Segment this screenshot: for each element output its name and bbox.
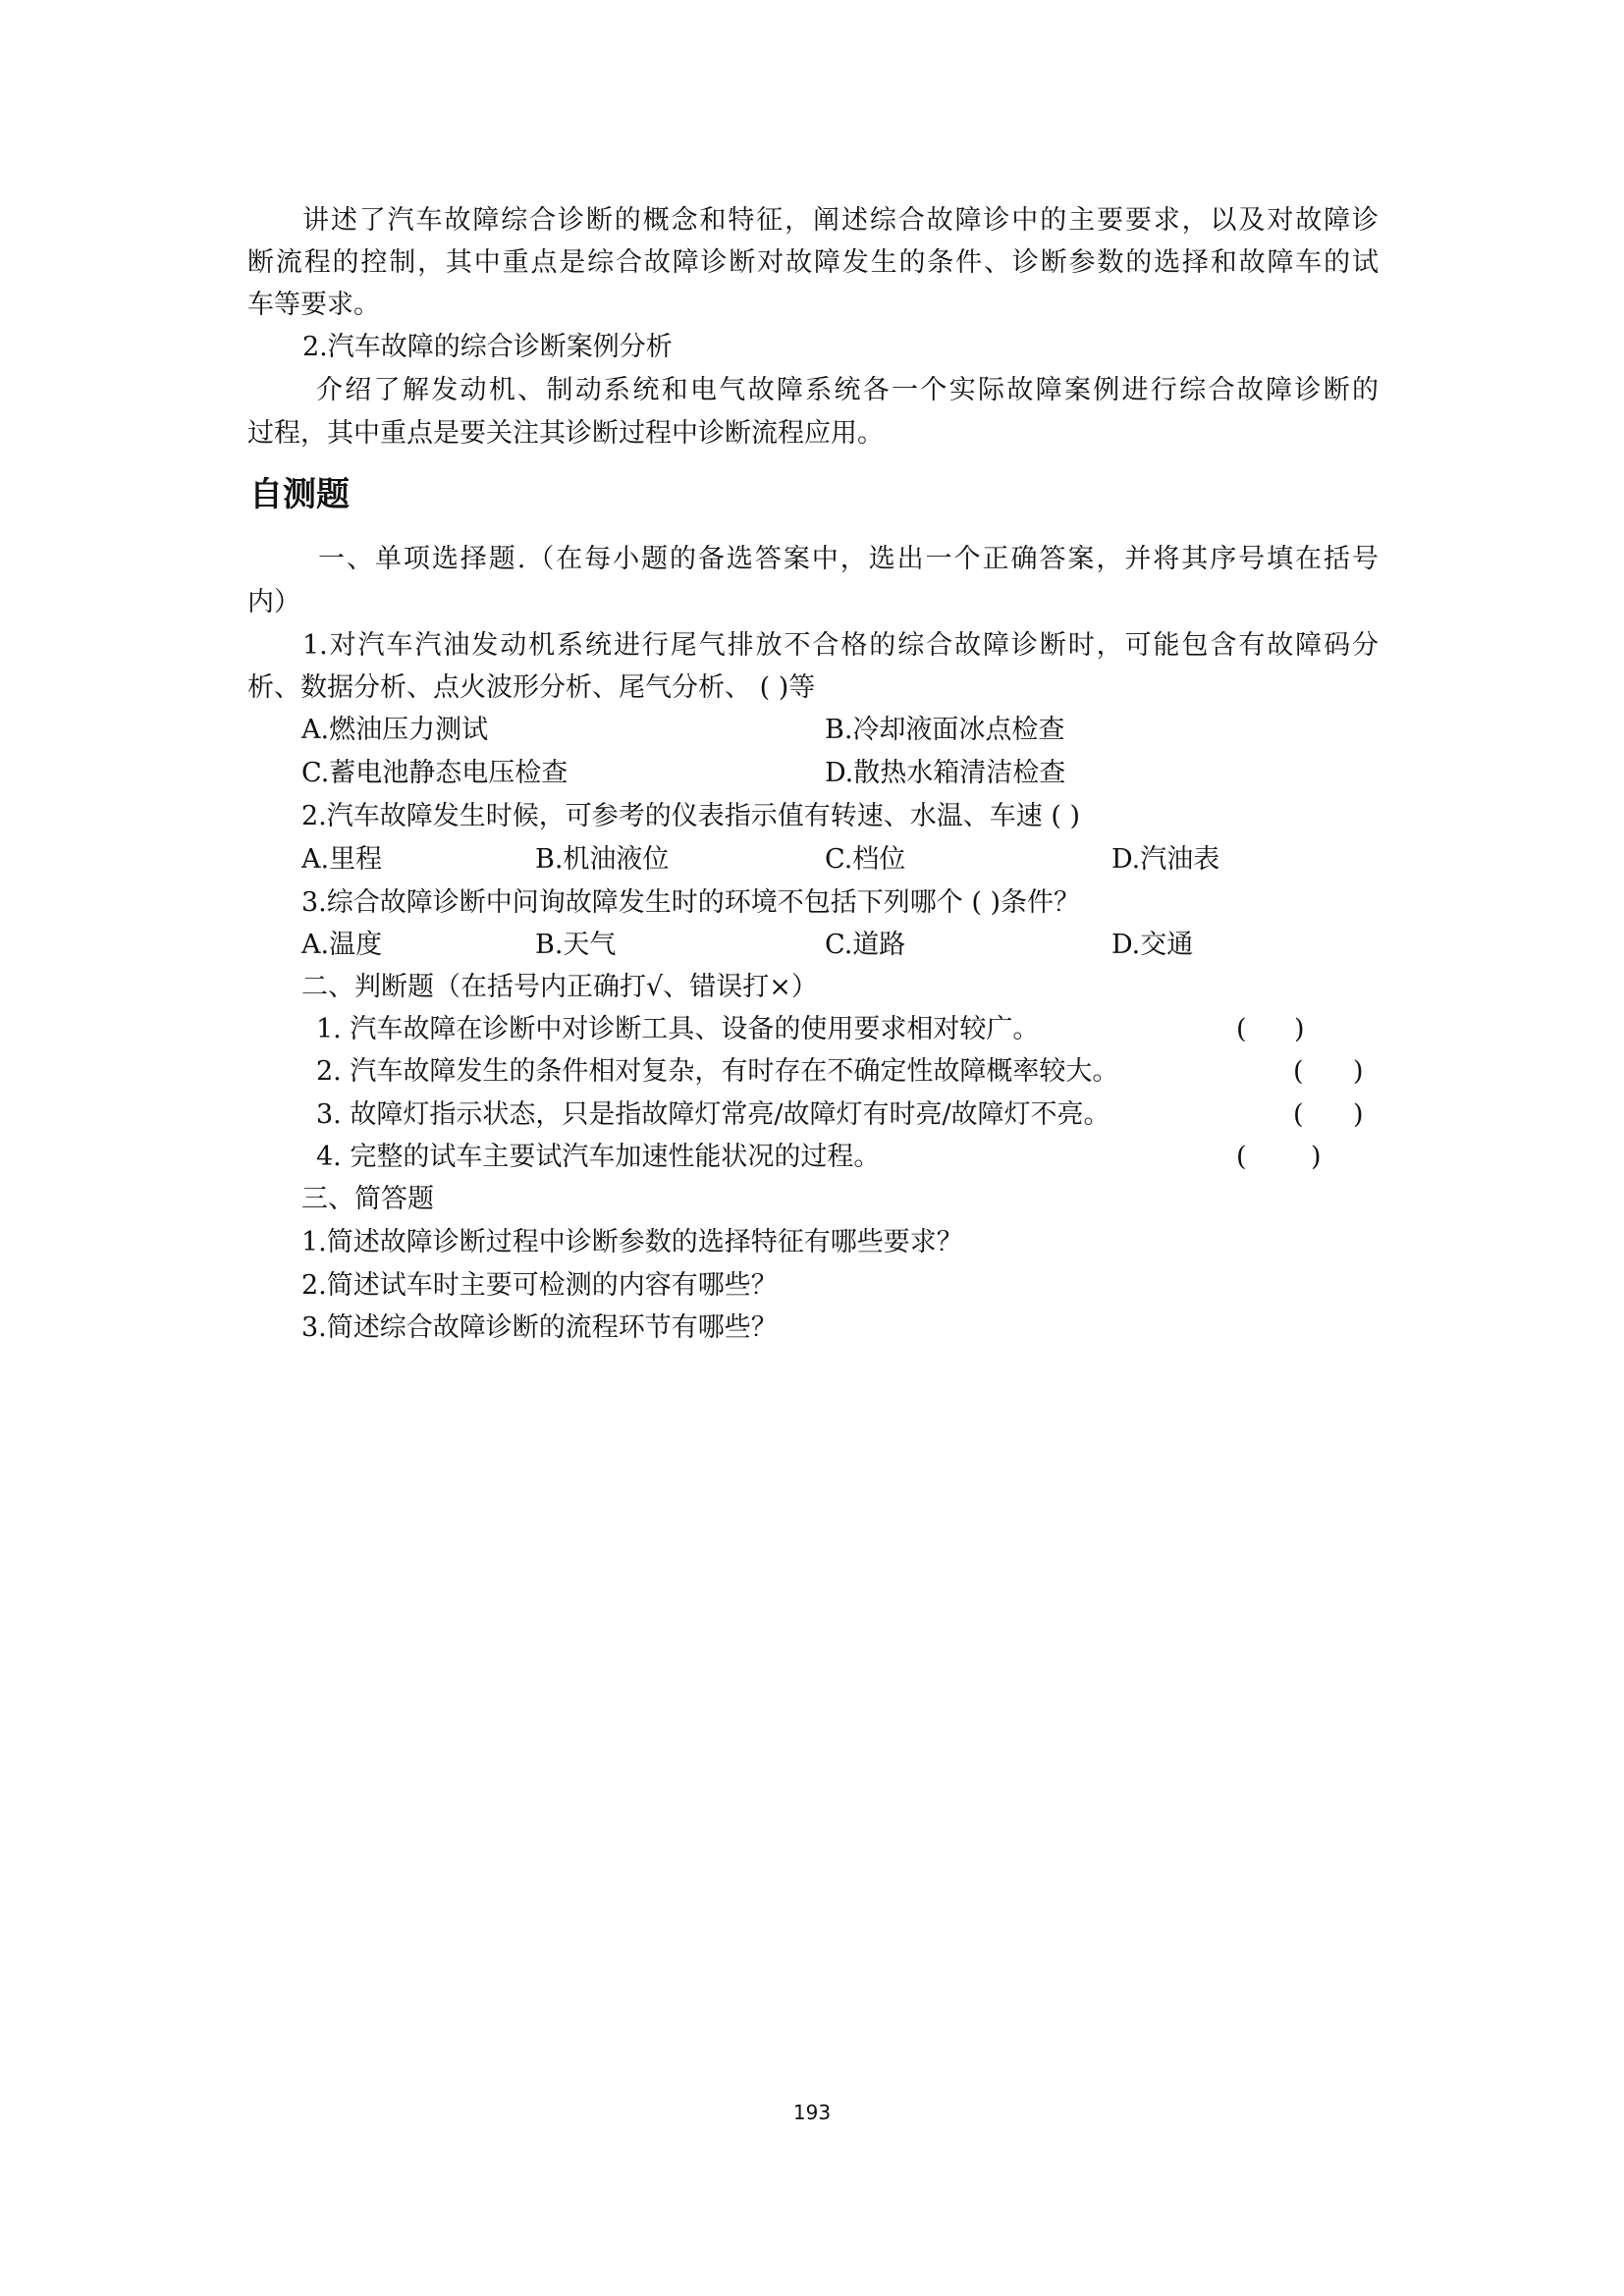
tf-item-2-answer-open: ( <box>1293 1055 1304 1089</box>
mc-question-1-line-1: 1.对汽车汽油发动机系统进行尾气排放不合格的综合故障诊断时，可能包含有故障码分 <box>302 629 1379 663</box>
short-answer-question-1: 1.简述故障诊断过程中诊断参数的选择特征有哪些要求？ <box>301 1226 963 1259</box>
self-test-heading: 自测题 <box>249 475 350 514</box>
mc-question-1-option-b: B.冷却液面冰点检查 <box>825 714 1064 747</box>
tf-item-4-answer-close: ) <box>1311 1141 1322 1174</box>
summary-paragraph-1-line-2: 断流程的控制，其中重点是综合故障诊断对故障发生的条件、诊断参数的选择和故障车的试 <box>247 246 1379 280</box>
mc-question-3-option-b: B.天气 <box>535 929 616 962</box>
page-number: 193 <box>0 2101 1624 2124</box>
tf-item-2-answer-close: ) <box>1353 1055 1364 1089</box>
summary-paragraph-2-line-1: 介绍了解发动机、制动系统和电气故障系统各一个实际故障案例进行综合故障诊断的 <box>316 374 1379 407</box>
tf-item-4: 4. 完整的试车主要试汽车加速性能状况的过程。 <box>316 1141 880 1174</box>
mc-question-1-option-a: A.燃油压力测试 <box>301 714 488 747</box>
mc-question-2: 2.汽车故障发生时候，可参考的仪表指示值有转速、水温、车速 ( ) <box>301 800 1080 833</box>
summary-paragraph-1-line-1: 讲述了汽车故障综合诊断的概念和特征，阐述综合故障诊中的主要要求，以及对故障诊 <box>302 204 1379 238</box>
tf-item-1: 1. 汽车故障在诊断中对诊断工具、设备的使用要求相对较广。 <box>316 1013 1039 1046</box>
mc-question-1-option-c: C.蓄电池静态电压检查 <box>301 757 568 790</box>
tf-item-4-answer-open: ( <box>1236 1141 1247 1174</box>
summary-item-2-title: 2.汽车故障的综合诊断案例分析 <box>302 331 673 364</box>
short-answer-question-3: 3.简述综合故障诊断的流程环节有哪些？ <box>301 1311 778 1345</box>
tf-item-2: 2. 汽车故障发生的条件相对复杂，有时存在不确定性故障概率较大。 <box>316 1055 1118 1089</box>
tf-item-3-answer-close: ) <box>1353 1098 1364 1132</box>
tf-item-1-answer-open: ( <box>1236 1013 1247 1046</box>
mc-question-3-option-c: C.道路 <box>825 929 905 962</box>
mc-question-3-option-d: D.交通 <box>1111 929 1193 962</box>
mc-question-2-option-a: A.里程 <box>301 843 382 877</box>
tf-item-1-answer-close: ) <box>1294 1013 1305 1046</box>
tf-item-3: 3. 故障灯指示状态，只是指故障灯常亮/故障灯有时亮/故障灯不亮。 <box>316 1098 1110 1132</box>
section-1-title-line-2: 内） <box>247 586 300 619</box>
mc-question-1-line-2: 析、数据分析、点火波形分析、尾气分析、 ( )等 <box>247 671 815 705</box>
mc-question-3: 3.综合故障诊断中问询故障发生时的环境不包括下列哪个 ( )条件？ <box>301 886 1080 920</box>
mc-question-2-option-b: B.机油液位 <box>535 843 669 877</box>
summary-paragraph-1-line-3: 车等要求。 <box>247 289 380 322</box>
mc-question-3-option-a: A.温度 <box>301 929 382 962</box>
mc-question-2-option-c: C.档位 <box>825 843 905 877</box>
short-answer-question-2: 2.简述试车时主要可检测的内容有哪些？ <box>301 1269 778 1303</box>
section-3-title: 三、简答题 <box>301 1183 434 1216</box>
tf-item-3-answer-open: ( <box>1293 1098 1304 1132</box>
mc-question-2-option-d: D.汽油表 <box>1111 843 1219 877</box>
section-2-title: 二、判断题（在括号内正确打√、错误打×） <box>301 971 818 1004</box>
mc-question-1-option-d: D.散热水箱清洁检查 <box>825 757 1065 790</box>
summary-paragraph-2-line-2: 过程，其中重点是要关注其诊断过程中诊断流程应用。 <box>247 417 884 451</box>
section-1-title-line-1: 一、单项选择题.（在每小题的备选答案中，选出一个正确答案，并将其序号填在括号 <box>318 543 1379 576</box>
